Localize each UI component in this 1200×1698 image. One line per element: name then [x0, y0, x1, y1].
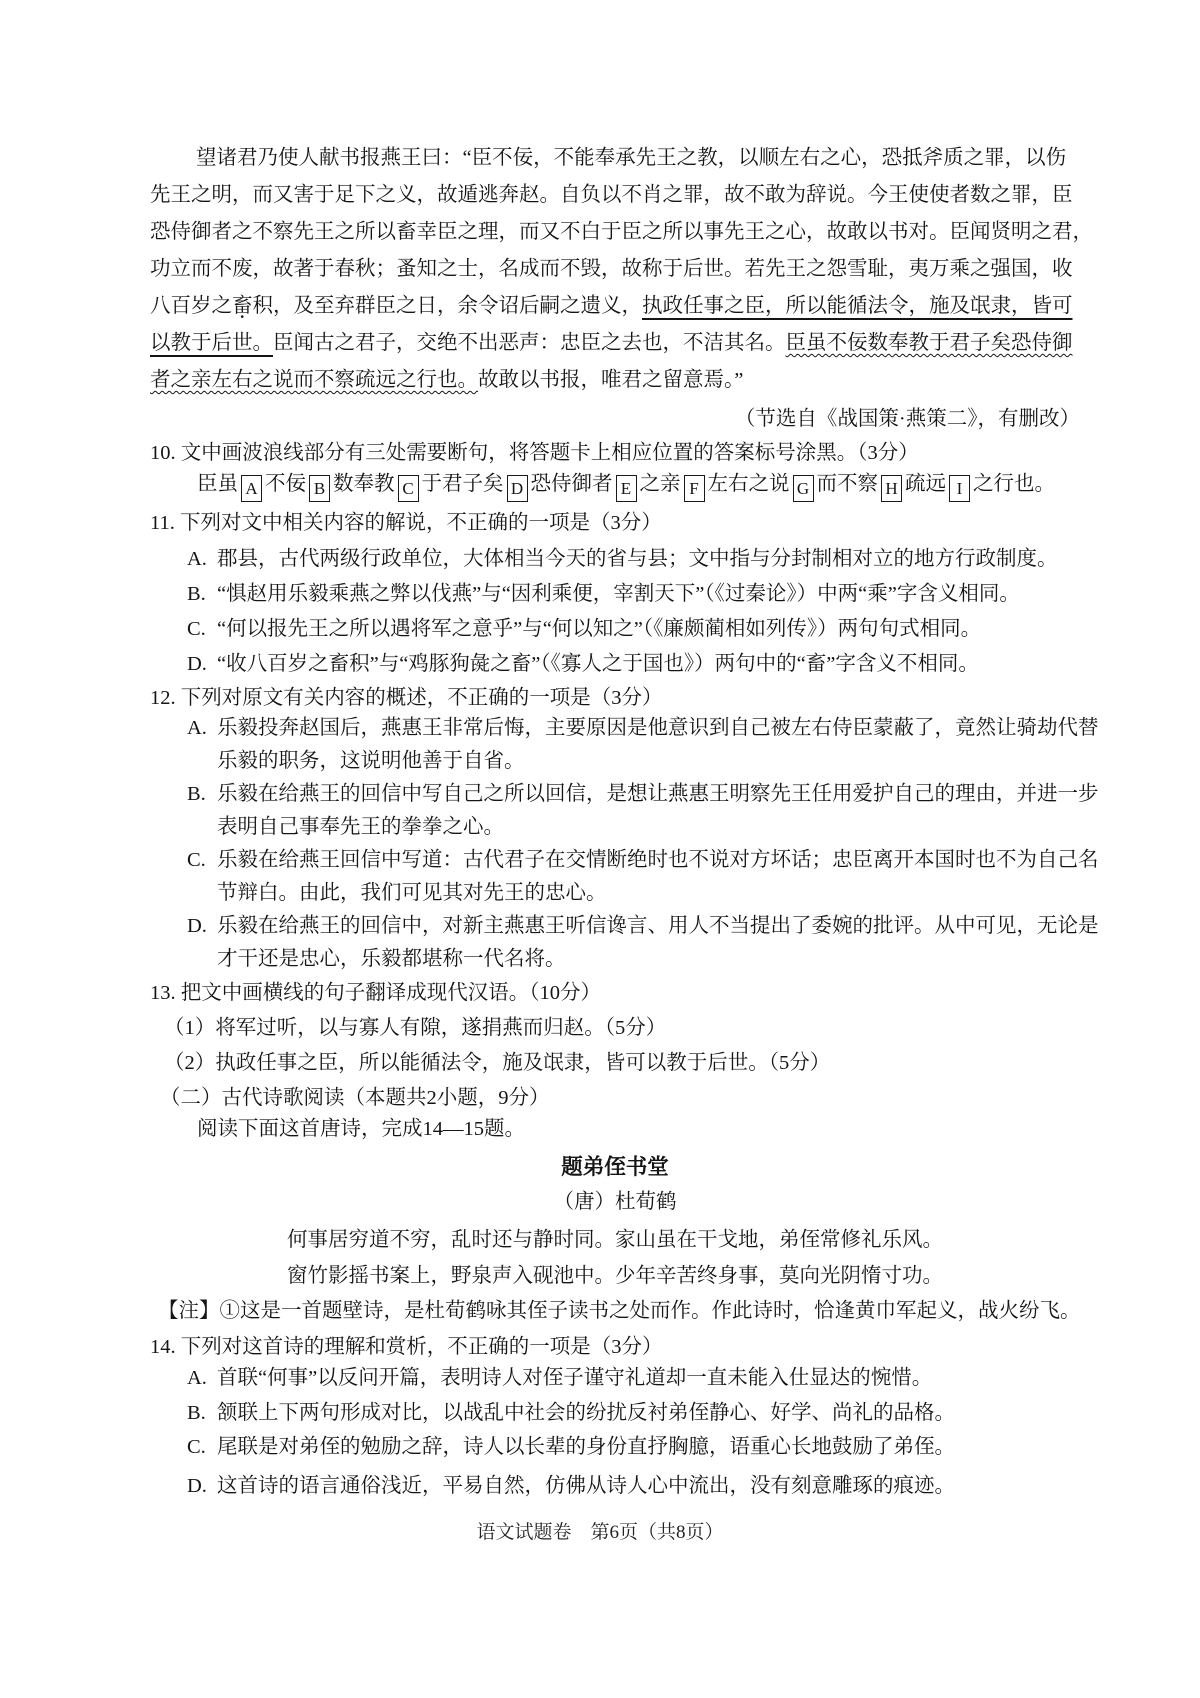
- option-label: B.: [187, 1396, 217, 1430]
- passage-text: 故敢以书报，唯君之留意焉。”: [478, 369, 743, 391]
- question-13-item-2: （2）执政任事之臣，所以能循法令，施及氓隶，皆可以教于后世。（5分）: [150, 1046, 1094, 1080]
- page-footer: 语文试题卷 第6页（共8页）: [0, 1518, 1200, 1548]
- source-attribution: （节选自《战国策·燕策二》，有删改）: [150, 402, 1114, 436]
- question-11-option-d: D.“收八百岁之畜积”与“鸡豚狗彘之畜”（《寡人之于国也》）两句中的“畜”字含义…: [150, 647, 1117, 681]
- answer-box-e: E: [616, 475, 637, 502]
- option-text: 乐毅投奔赵国后，燕惠王非常后悔，主要原因是他意识到自己被左右侍臣蒙蔽了，竟然让骑…: [217, 712, 1117, 778]
- passage-text: 八百岁之: [150, 295, 232, 317]
- passage-line: 以教于后世。臣闻古之君子，交绝不出恶声：忠臣之去也，不洁其名。臣虽不佞数奉教于君…: [150, 325, 1080, 362]
- option-label: D.: [187, 647, 217, 681]
- question-14-option-d: D.这首诗的语言通俗浅近，平易自然，仿佛从诗人心中流出，没有刻意雕琢的痕迹。: [150, 1469, 1117, 1503]
- option-text: 颔联上下两句形成对比，以战乱中社会的纷扰反衬弟侄静心、好学、尚礼的品格。: [217, 1396, 1117, 1430]
- option-label: C.: [187, 844, 217, 910]
- option-text: “何以报先王之所以遇将军之意乎”与“何以知之”（《廉颇蔺相如列传》）两句句式相同…: [217, 612, 1117, 646]
- exam-paper-page: 望诸君乃使人献书报燕王曰：“臣不佞，不能奉承先王之教，以顺左右之心，恐抵斧质之罪…: [0, 0, 1200, 1698]
- passage-text: 功立而不废，故著于春秋；蚤知之士，名成而不毁，故称于后世。若先王之怨雪耻，夷万乘…: [150, 258, 1073, 280]
- question-14-option-c: C.尾联是对弟侄的勉励之辞，诗人以长辈的身份直抒胸臆，语重心长地鼓励了弟侄。: [150, 1430, 1117, 1464]
- option-label: A.: [187, 542, 217, 576]
- option-label: D.: [187, 910, 217, 976]
- option-text: 乐毅在给燕王的回信中写自己之所以回信，是想让燕惠王明察先王任用爱护自己的理由，并…: [217, 778, 1117, 844]
- option-text: 这首诗的语言通俗浅近，平易自然，仿佛从诗人心中流出，没有刻意雕琢的痕迹。: [217, 1469, 1117, 1503]
- question-13-stem: 13. 把文中画横线的句子翻译成现代汉语。（10分）: [150, 976, 1080, 1010]
- option-label: A.: [187, 1361, 217, 1395]
- poem-author: （唐）杜荀鹤: [150, 1185, 1080, 1219]
- poem-line-2: 窗竹影摇书案上，野泉声入砚池中。少年辛苦终身事，莫向光阴惰寸功。: [150, 1259, 1080, 1294]
- answer-box-a: A: [241, 475, 262, 502]
- option-label: B.: [187, 778, 217, 844]
- wavy-underlined-text: 臣虽不佞数奉教于君子矣恐侍御: [786, 332, 1073, 354]
- option-text: “收八百岁之畜积”与“鸡豚狗彘之畜”（《寡人之于国也》）两句中的“畜”字含义不相…: [217, 647, 1117, 681]
- passage-text: 积，及至弃群臣之日，余令诏后嗣之遗义，: [253, 295, 643, 317]
- question-11-option-c: C.“何以报先王之所以遇将军之意乎”与“何以知之”（《廉颇蔺相如列传》）两句句式…: [150, 612, 1117, 646]
- segment-text: 而不察: [817, 473, 879, 495]
- question-13-item-1: （1）将军过听，以与寡人有隙，遂捐燕而归赵。（5分）: [150, 1011, 1094, 1045]
- passage-line: 望诸君乃使人献书报燕王曰：“臣不佞，不能奉承先王之教，以顺左右之心，恐抵斧质之罪…: [150, 140, 1080, 177]
- poem-line-1: 何事居穷道不穷，乱时还与静时同。家山虽在干戈地，弟侄常修礼乐风。: [150, 1223, 1080, 1258]
- poem-note: 【注】①这是一首题壁诗，是杜荀鹤咏其侄子读书之处而作。作此诗时，恰逢黄巾军起义，…: [150, 1294, 1088, 1328]
- question-11-option-b: B.“惧赵用乐毅乘燕之弊以伐燕”与“因利乘便，宰割天下”（《过秦论》）中两“乘”…: [150, 577, 1117, 611]
- passage-text: 恐侍御者之不察先王之所以畜幸臣之理，而又不白于臣之所以事先王之心，故敢以书对。臣…: [150, 221, 1093, 243]
- question-12-stem: 12. 下列对原文有关内容的概述，不正确的一项是（3分）: [150, 681, 1080, 715]
- option-text: “惧赵用乐毅乘燕之弊以伐燕”与“因利乘便，宰割天下”（《过秦论》）中两“乘”字含…: [217, 577, 1117, 611]
- question-14-stem: 14. 下列对这首诗的理解和赏析，不正确的一项是（3分）: [150, 1330, 1080, 1364]
- segment-text: 疏远: [905, 473, 946, 495]
- answer-box-g: G: [793, 475, 814, 502]
- answer-box-c: C: [398, 475, 419, 502]
- question-14-option-b: B.颔联上下两句形成对比，以战乱中社会的纷扰反衬弟侄静心、好学、尚礼的品格。: [150, 1396, 1117, 1430]
- answer-box-i: I: [949, 475, 970, 502]
- option-text: 乐毅在给燕王的回信中，对新主燕惠王听信谗言、用人不当提出了委婉的批评。从中可见，…: [217, 910, 1117, 976]
- passage-line: 先王之明，而又害于足下之义，故遁逃奔赵。自负以不肖之罪，故不敢为辞说。今王使使者…: [150, 177, 1080, 214]
- passage-line: 八百岁之畜积，及至弃群臣之日，余令诏后嗣之遗义，执政任事之臣，所以能循法令，施及…: [150, 288, 1080, 325]
- segment-text: 左右之说: [708, 473, 790, 495]
- answer-box-f: F: [684, 475, 705, 502]
- option-text: 首联“何事”以反问开篇，表明诗人对侄子谨守礼道却一直未能入仕显达的惋惜。: [217, 1361, 1117, 1395]
- wavy-underlined-text: 者之亲左右之说而不察疏远之行也。: [150, 369, 478, 391]
- option-label: B.: [187, 577, 217, 611]
- option-label: C.: [187, 1430, 217, 1464]
- question-12-option-d: D.乐毅在给燕王的回信中，对新主燕惠王听信谗言、用人不当提出了委婉的批评。从中可…: [150, 910, 1117, 976]
- passage-text: 臣闻古之君子，交绝不出恶声：忠臣之去也，不洁其名。: [273, 332, 786, 354]
- question-12-option-b: B.乐毅在给燕王的回信中写自己之所以回信，是想让燕惠王明察先王任用爱护自己的理由…: [150, 778, 1117, 844]
- answer-box-b: B: [309, 475, 330, 502]
- option-label: D.: [187, 1469, 217, 1503]
- segment-text: 不佞: [265, 473, 306, 495]
- straight-underlined-text: 执政任事之臣，所以能循法令，施及氓隶，皆可: [642, 295, 1073, 317]
- segment-text: 恐侍御者: [531, 473, 613, 495]
- section-2-intro: 阅读下面这首唐诗，完成14—15题。: [150, 1112, 1127, 1146]
- section-2-header: （二）古代诗歌阅读（本题共2小题，9分）: [150, 1081, 1090, 1115]
- passage-line: 者之亲左右之说而不察疏远之行也。故敢以书报，唯君之留意焉。”: [150, 362, 1080, 399]
- question-12-option-a: A.乐毅投奔赵国后，燕惠王非常后悔，主要原因是他意识到自己被左右侍臣蒙蔽了，竟然…: [150, 712, 1117, 778]
- straight-underlined-text: 以教于后世。: [150, 332, 273, 354]
- question-10-segmentation-line: 臣虽A不佞B数奉教C于君子矣D恐侍御者E之亲F左右之说G而不察H疏远I之行也。: [150, 467, 1127, 502]
- option-text: 乐毅在给燕王回信中写道：古代君子在交情断绝时也不说对方坏话；忠臣离开本国时也不为…: [217, 844, 1117, 910]
- answer-box-h: H: [881, 475, 902, 502]
- answer-box-d: D: [507, 475, 528, 502]
- segment-text: 臣虽: [197, 473, 238, 495]
- question-10-stem: 10. 文中画波浪线部分有三处需要断句，将答题卡上相应位置的答案标号涂黑。（3分…: [150, 436, 1080, 470]
- option-label: C.: [187, 612, 217, 646]
- passage-text: 望诸君乃使人献书报燕王曰：“臣不佞，不能奉承先王之教，以顺左右之心，恐抵斧质之罪…: [196, 147, 1066, 169]
- passage-line: 恐侍御者之不察先王之所以畜幸臣之理，而又不白于臣之所以事先王之心，故敢以书对。臣…: [150, 214, 1080, 251]
- question-11-stem: 11. 下列对文中相关内容的解说，不正确的一项是（3分）: [150, 506, 1080, 540]
- segment-text: 之行也。: [973, 473, 1055, 495]
- option-label: A.: [187, 712, 217, 778]
- segment-text: 于君子矣: [422, 473, 504, 495]
- passage: 望诸君乃使人献书报燕王曰：“臣不佞，不能奉承先王之教，以顺左右之心，恐抵斧质之罪…: [150, 140, 1080, 399]
- option-text: 尾联是对弟侄的勉励之辞，诗人以长辈的身份直抒胸臆，语重心长地鼓励了弟侄。: [217, 1430, 1117, 1464]
- question-14-option-a: A.首联“何事”以反问开篇，表明诗人对侄子谨守礼道却一直未能入仕显达的惋惜。: [150, 1361, 1117, 1395]
- segment-text: 之亲: [640, 473, 681, 495]
- passage-line: 功立而不废，故著于春秋；蚤知之士，名成而不毁，故称于后世。若先王之怨雪耻，夷万乘…: [150, 251, 1080, 288]
- segment-text: 数奉教: [333, 473, 395, 495]
- poem-title: 题弟侄书堂: [150, 1150, 1080, 1184]
- passage-text: 先王之明，而又害于足下之义，故遁逃奔赵。自负以不肖之罪，故不敢为辞说。今王使使者…: [150, 184, 1073, 206]
- question-12-option-c: C.乐毅在给燕王回信中写道：古代君子在交情断绝时也不说对方坏话；忠臣离开本国时也…: [150, 844, 1117, 910]
- emphasis-dot-char: 畜: [232, 288, 253, 325]
- option-text: 郡县，古代两级行政单位，大体相当今天的省与县；文中指与分封制相对立的地方行政制度…: [217, 542, 1117, 576]
- question-11-option-a: A.郡县，古代两级行政单位，大体相当今天的省与县；文中指与分封制相对立的地方行政…: [150, 542, 1117, 576]
